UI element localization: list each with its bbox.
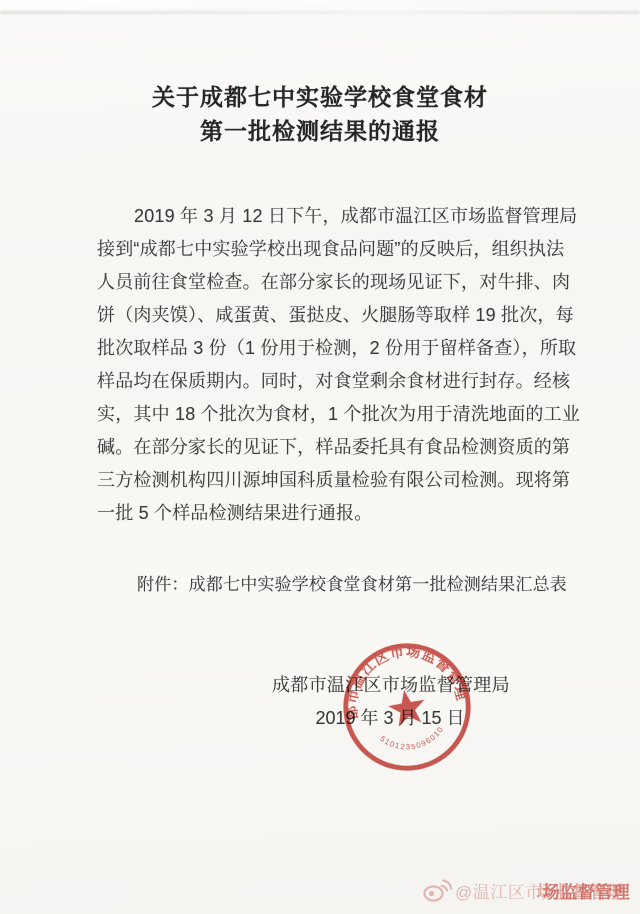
body-line: 饼（肉夹馍）、咸蛋黄、蛋挞皮、火腿肠等取样 19 批次，每 — [97, 299, 567, 332]
notice-title: 关于成都七中实验学校食堂食材 第一批检测结果的通报 — [0, 80, 640, 148]
weibo-icon — [422, 877, 452, 903]
official-seal: 成都市温江区市场监督管理局 5101235096010 — [328, 628, 486, 786]
watermark-handle-dark: 场监督管理 — [543, 883, 631, 902]
document-scan: 关于成都七中实验学校食堂食材 第一批检测结果的通报 2019 年 3 月 12 … — [0, 0, 640, 914]
body-line: 碱。在部分家长的见证下，样品委托具有食品检测资质的第 — [97, 431, 567, 464]
scan-shadow-line — [0, 11, 640, 14]
body-line: 一批 5 个样品检测结果进行通报。 — [97, 497, 567, 530]
body-line: 接到“成都七中实验学校出现食品问题”的反映后，组织执法 — [97, 233, 567, 266]
watermark-handle: @温江区市场监督管理 — [455, 878, 630, 903]
svg-text:5101235096010: 5101235096010 — [377, 723, 448, 756]
notice-title-line2: 第一批检测结果的通报 — [0, 114, 640, 148]
body-line: 人员前往食堂检查。在部分家长的现场见证下，对牛排、肉 — [97, 266, 567, 299]
body-line: 样品均在保质期内。同时，对食堂剩余食材进行封存。经核 — [97, 365, 567, 398]
notice-title-line1: 关于成都七中实验学校食堂食材 — [0, 80, 640, 114]
seal-serial-number: 5101235096010 — [377, 723, 448, 756]
body-line: 批次取样品 3 份（1 份用于检测，2 份用于留样备查），所取 — [97, 332, 567, 365]
notice-body: 2019 年 3 月 12 日下午，成都市温江区市场监督管理局 接到“成都七中实… — [97, 200, 567, 530]
seal-star-icon — [386, 687, 428, 728]
attachment-line: 附件：成都七中实验学校食堂食材第一批检测结果汇总表 — [137, 570, 567, 600]
watermark-handle-light: @温江区市 — [455, 883, 543, 902]
weibo-watermark: @温江区市场监督管理 — [422, 877, 630, 903]
body-line: 2019 年 3 月 12 日下午，成都市温江区市场监督管理局 — [97, 200, 567, 233]
body-line: 实，其中 18 个批次为食材，1 个批次为用于清洗地面的工业 — [97, 398, 567, 431]
body-line: 三方检测机构四川源坤国科质量检验有限公司检测。现将第 — [97, 464, 567, 497]
